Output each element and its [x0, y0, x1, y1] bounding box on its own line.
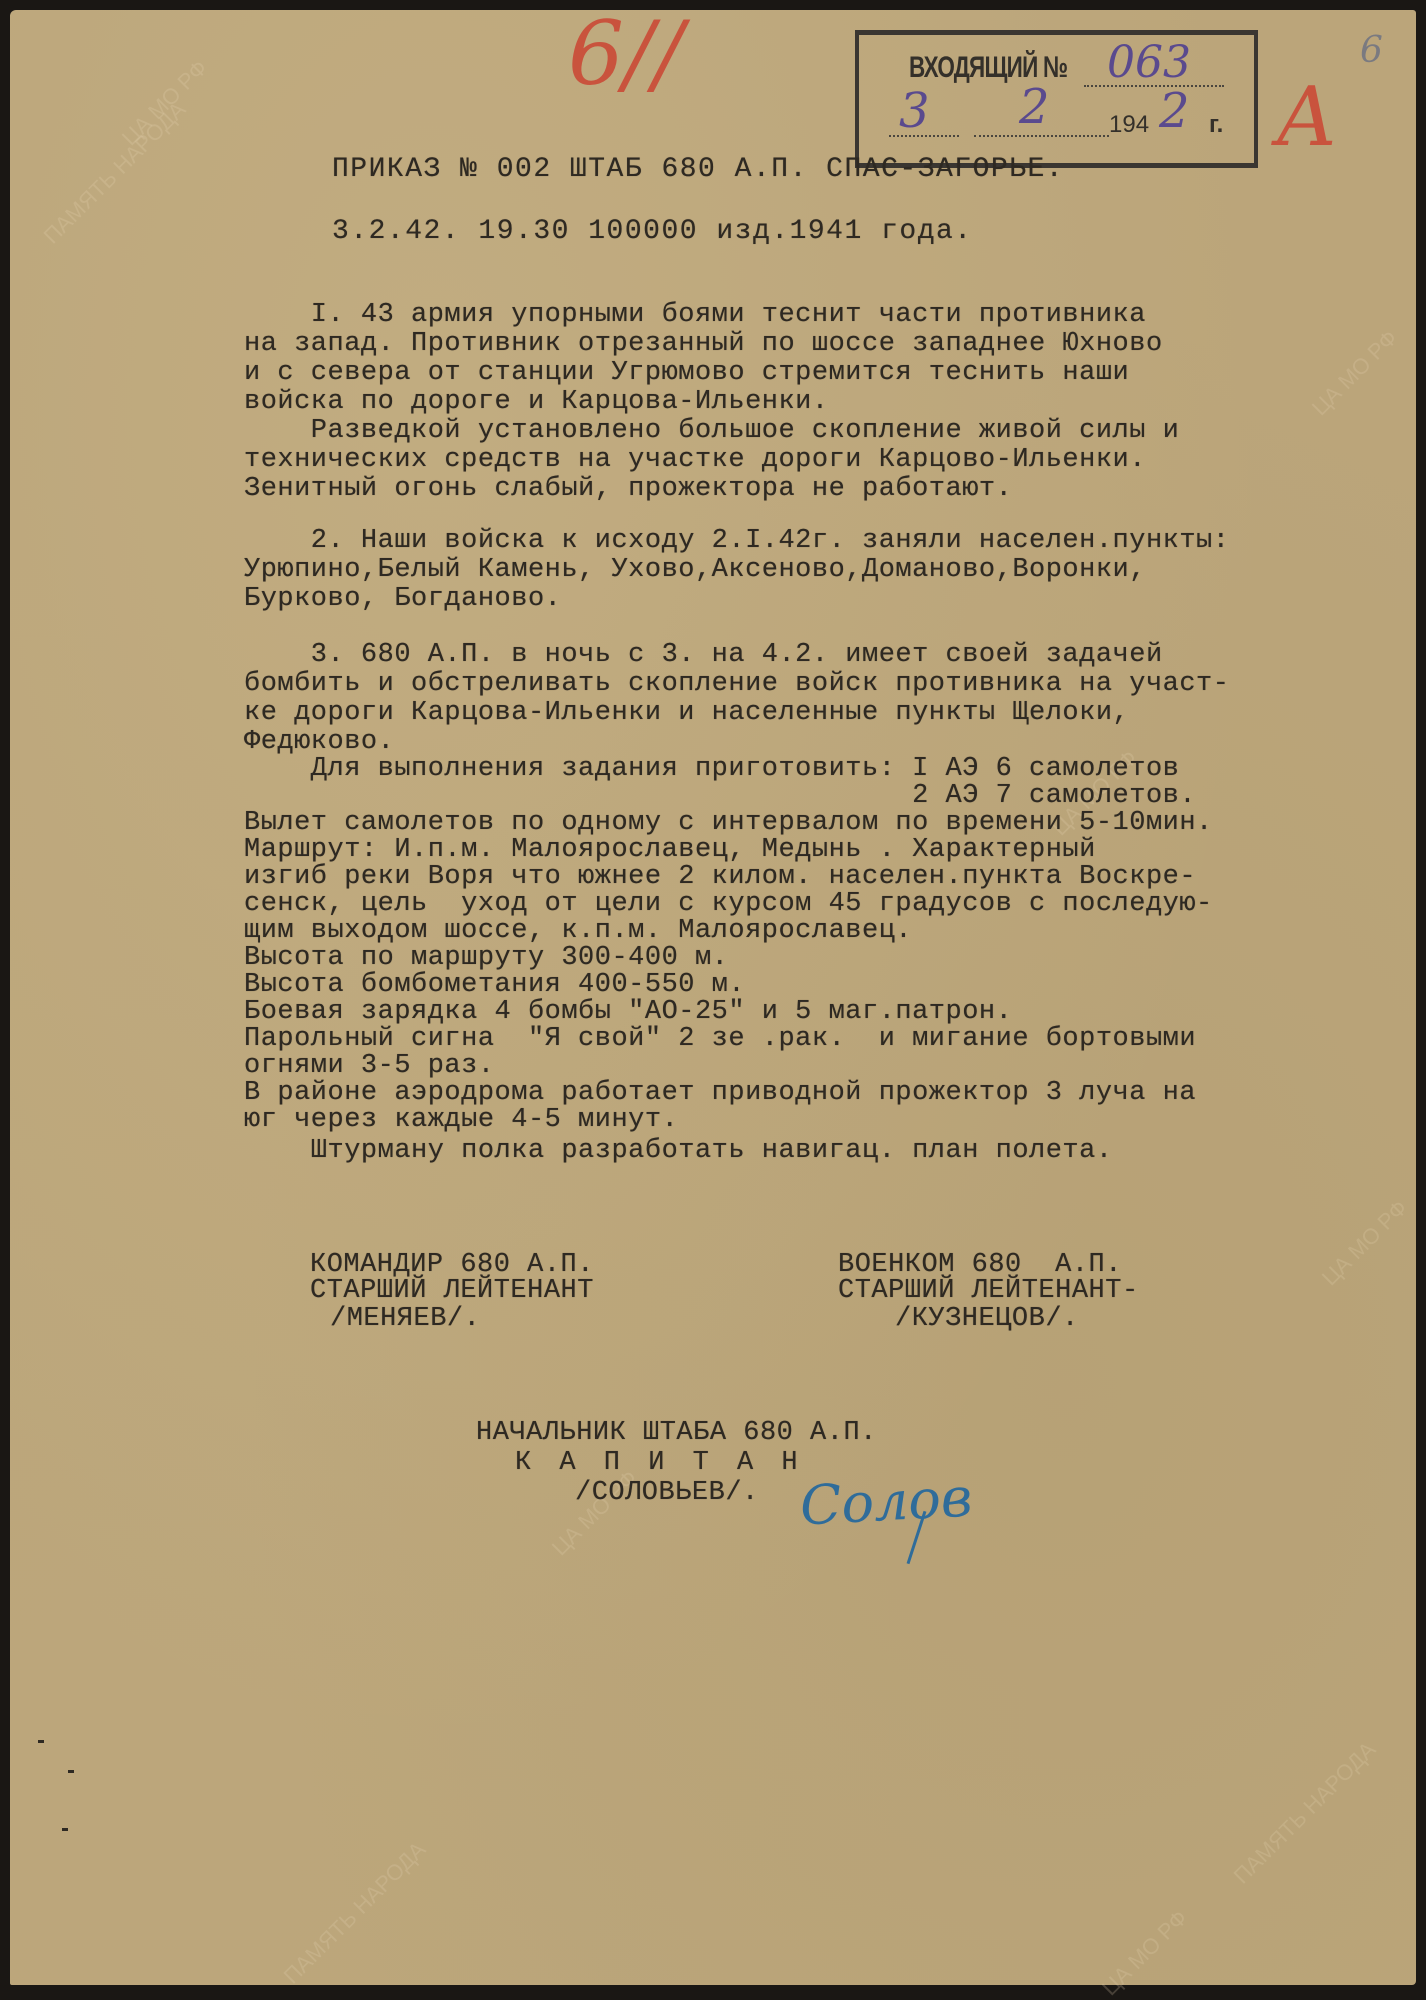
body-line: Для выполнения задания приготовить: I АЭ…	[244, 756, 1179, 783]
body-line: Урюпино,Белый Камень, Ухово,Аксеново,Дом…	[244, 557, 1146, 584]
paper-speck	[62, 1828, 68, 1831]
body-line: Высота бомбометания 400-550 м.	[244, 972, 745, 999]
commander-title: КОМАНДИР 680 А.П.	[310, 1252, 594, 1279]
body-line: Вылет самолетов по одному с интервалом п…	[244, 810, 1213, 837]
body-line: 3. 680 А.П. в ночь с 3. на 4.2. имеет св…	[244, 642, 1163, 669]
stamp-number-line	[1084, 85, 1224, 87]
body-line: Боевая зарядка 4 бомбы "АО-25" и 5 маг.п…	[244, 999, 1012, 1026]
body-line: Бурково, Богданово.	[244, 586, 561, 613]
chief-of-staff-title: НАЧАЛЬНИК ШТАБА 680 А.П.	[476, 1420, 877, 1447]
commander-rank: СТАРШИЙ ЛЕЙТЕНАНТ	[310, 1278, 594, 1305]
stamp-number: 063	[1107, 37, 1191, 88]
body-line: на запад. Противник отрезанный по шоссе …	[244, 331, 1163, 358]
stamp-day: 3	[899, 83, 930, 139]
body-line: Штурману полка разработать навигац. план…	[244, 1138, 1113, 1165]
paper-speck	[38, 1740, 44, 1743]
body-line: Зенитный огонь слабый, прожектора не раб…	[244, 476, 1012, 503]
incoming-stamp: ВХОДЯЩИЙ № 063 3 2 194 2 г.	[855, 30, 1258, 168]
body-line: и с севера от станции Угрюмово стремится…	[244, 360, 1129, 387]
body-line: Маршрут: И.п.м. Малоярославец, Медынь . …	[244, 837, 1096, 864]
commissar-title: ВОЕНКОМ 680 А.П.	[838, 1252, 1122, 1279]
stamp-month: 2	[1019, 79, 1050, 135]
body-line: ке дороги Карцова-Ильенки и населенные п…	[244, 700, 1129, 727]
body-line: Парольный сигна "Я свой" 2 зе .рак. и ми…	[244, 1026, 1196, 1053]
body-line: бомбить и обстреливать скопление войск п…	[244, 671, 1229, 698]
body-line: Федюково.	[244, 729, 394, 756]
commissar-rank: СТАРШИЙ ЛЕЙТЕНАНТ-	[838, 1278, 1139, 1305]
stamp-year-digit: 2	[1159, 83, 1190, 139]
body-line: технических средств на участке дороги Ка…	[244, 447, 1146, 474]
body-line: 2. Наши войска к исходу 2.I.42г. заняли …	[244, 528, 1229, 555]
paper-speck	[68, 1770, 74, 1773]
stamp-year-suffix: г.	[1209, 111, 1223, 139]
commissar-name: /КУЗНЕЦОВ/.	[895, 1306, 1079, 1333]
body-line: Высота по маршруту 300-400 м.	[244, 945, 728, 972]
order-dateline: 3.2.42. 19.30 100000 изд.1941 года.	[332, 218, 973, 246]
body-line: В районе аэродрома работает приводной пр…	[244, 1080, 1196, 1107]
commander-name: /МЕНЯЕВ/.	[330, 1306, 480, 1333]
chief-of-staff-rank: К А П И Т А Н	[515, 1450, 804, 1477]
stamp-month-line	[974, 135, 1109, 137]
red-pencil-page-number: 6//	[568, 2, 683, 105]
stamp-year: 194	[1109, 111, 1149, 139]
body-line: Разведкой установлено большое скопление …	[244, 418, 1179, 445]
body-line: изгиб реки Воря что южнее 2 килом. насел…	[244, 864, 1196, 891]
body-line: 2 АЭ 7 самолетов.	[244, 783, 1196, 810]
pencil-sheet-number: 6	[1360, 30, 1383, 71]
body-line: огнями 3-5 раз.	[244, 1053, 495, 1080]
body-line: юг через каждые 4-5 минут.	[244, 1107, 678, 1134]
order-title: ПРИКАЗ № 002 ШТАБ 680 А.П. СПАС-ЗАГОРЬЕ.	[332, 156, 1064, 184]
body-line: войска по дороге и Карцова-Ильенки.	[244, 389, 829, 416]
body-line: I. 43 армия упорными боями теснит части …	[244, 302, 1146, 329]
handwritten-signature: Солов	[798, 1466, 973, 1538]
chief-of-staff-name: /СОЛОВЬЕВ/.	[575, 1480, 759, 1507]
body-line: сенск, цель уход от цели с курсом 45 гра…	[244, 891, 1213, 918]
body-line: щим выходом шоссе, к.п.м. Малоярославец.	[244, 918, 912, 945]
stamp-day-line	[889, 135, 959, 137]
